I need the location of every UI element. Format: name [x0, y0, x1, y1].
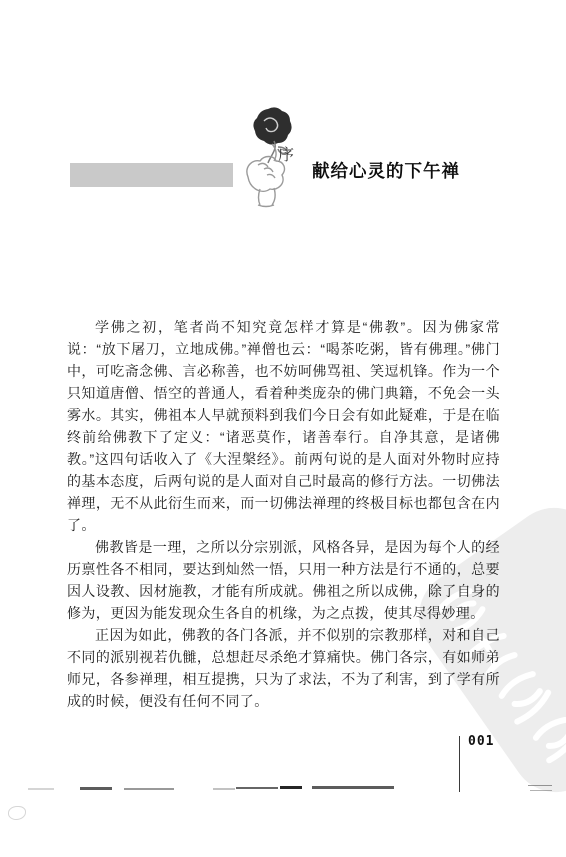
body-text: 学佛之初，笔者尚不知究竟怎样才算是“佛教”。因为佛家常说：“放下屠刀，立地成佛。… [67, 316, 500, 712]
scan-artifact [213, 788, 235, 790]
header-gray-bar [70, 163, 233, 187]
scan-artifact [124, 788, 174, 790]
scan-artifact [528, 785, 552, 786]
scan-artifact [280, 786, 302, 789]
scan-artifact [8, 806, 26, 820]
scan-artifact [236, 787, 278, 789]
book-page: PDG 序 献给心灵的下午禅 学佛之初，笔者尚不知究竟怎样才算是“佛教”。因为佛… [0, 0, 566, 857]
page-number: 001 [468, 734, 494, 749]
page-title: 献给心灵的下午禅 [312, 158, 460, 183]
scan-artifact [80, 787, 112, 790]
paragraph-3: 正因为如此，佛教的各门各派，并不似别的宗教那样，对和自己不同的派别视若仇雠，总想… [67, 624, 500, 712]
section-marker-xu: 序 [278, 142, 294, 165]
paragraph-1: 学佛之初，笔者尚不知究竟怎样才算是“佛教”。因为佛家常说：“放下屠刀，立地成佛。… [67, 316, 500, 536]
scan-artifact [28, 788, 54, 790]
rose-icon [253, 107, 291, 144]
page-number-rule [459, 736, 460, 792]
scan-artifact [312, 786, 394, 789]
paragraph-2: 佛教皆是一理，之所以分宗别派，风格各异，是因为每个人的经历禀性各不相同，要达到灿… [67, 536, 500, 624]
scan-artifact [530, 790, 552, 791]
hand-flower-illustration [234, 103, 308, 209]
